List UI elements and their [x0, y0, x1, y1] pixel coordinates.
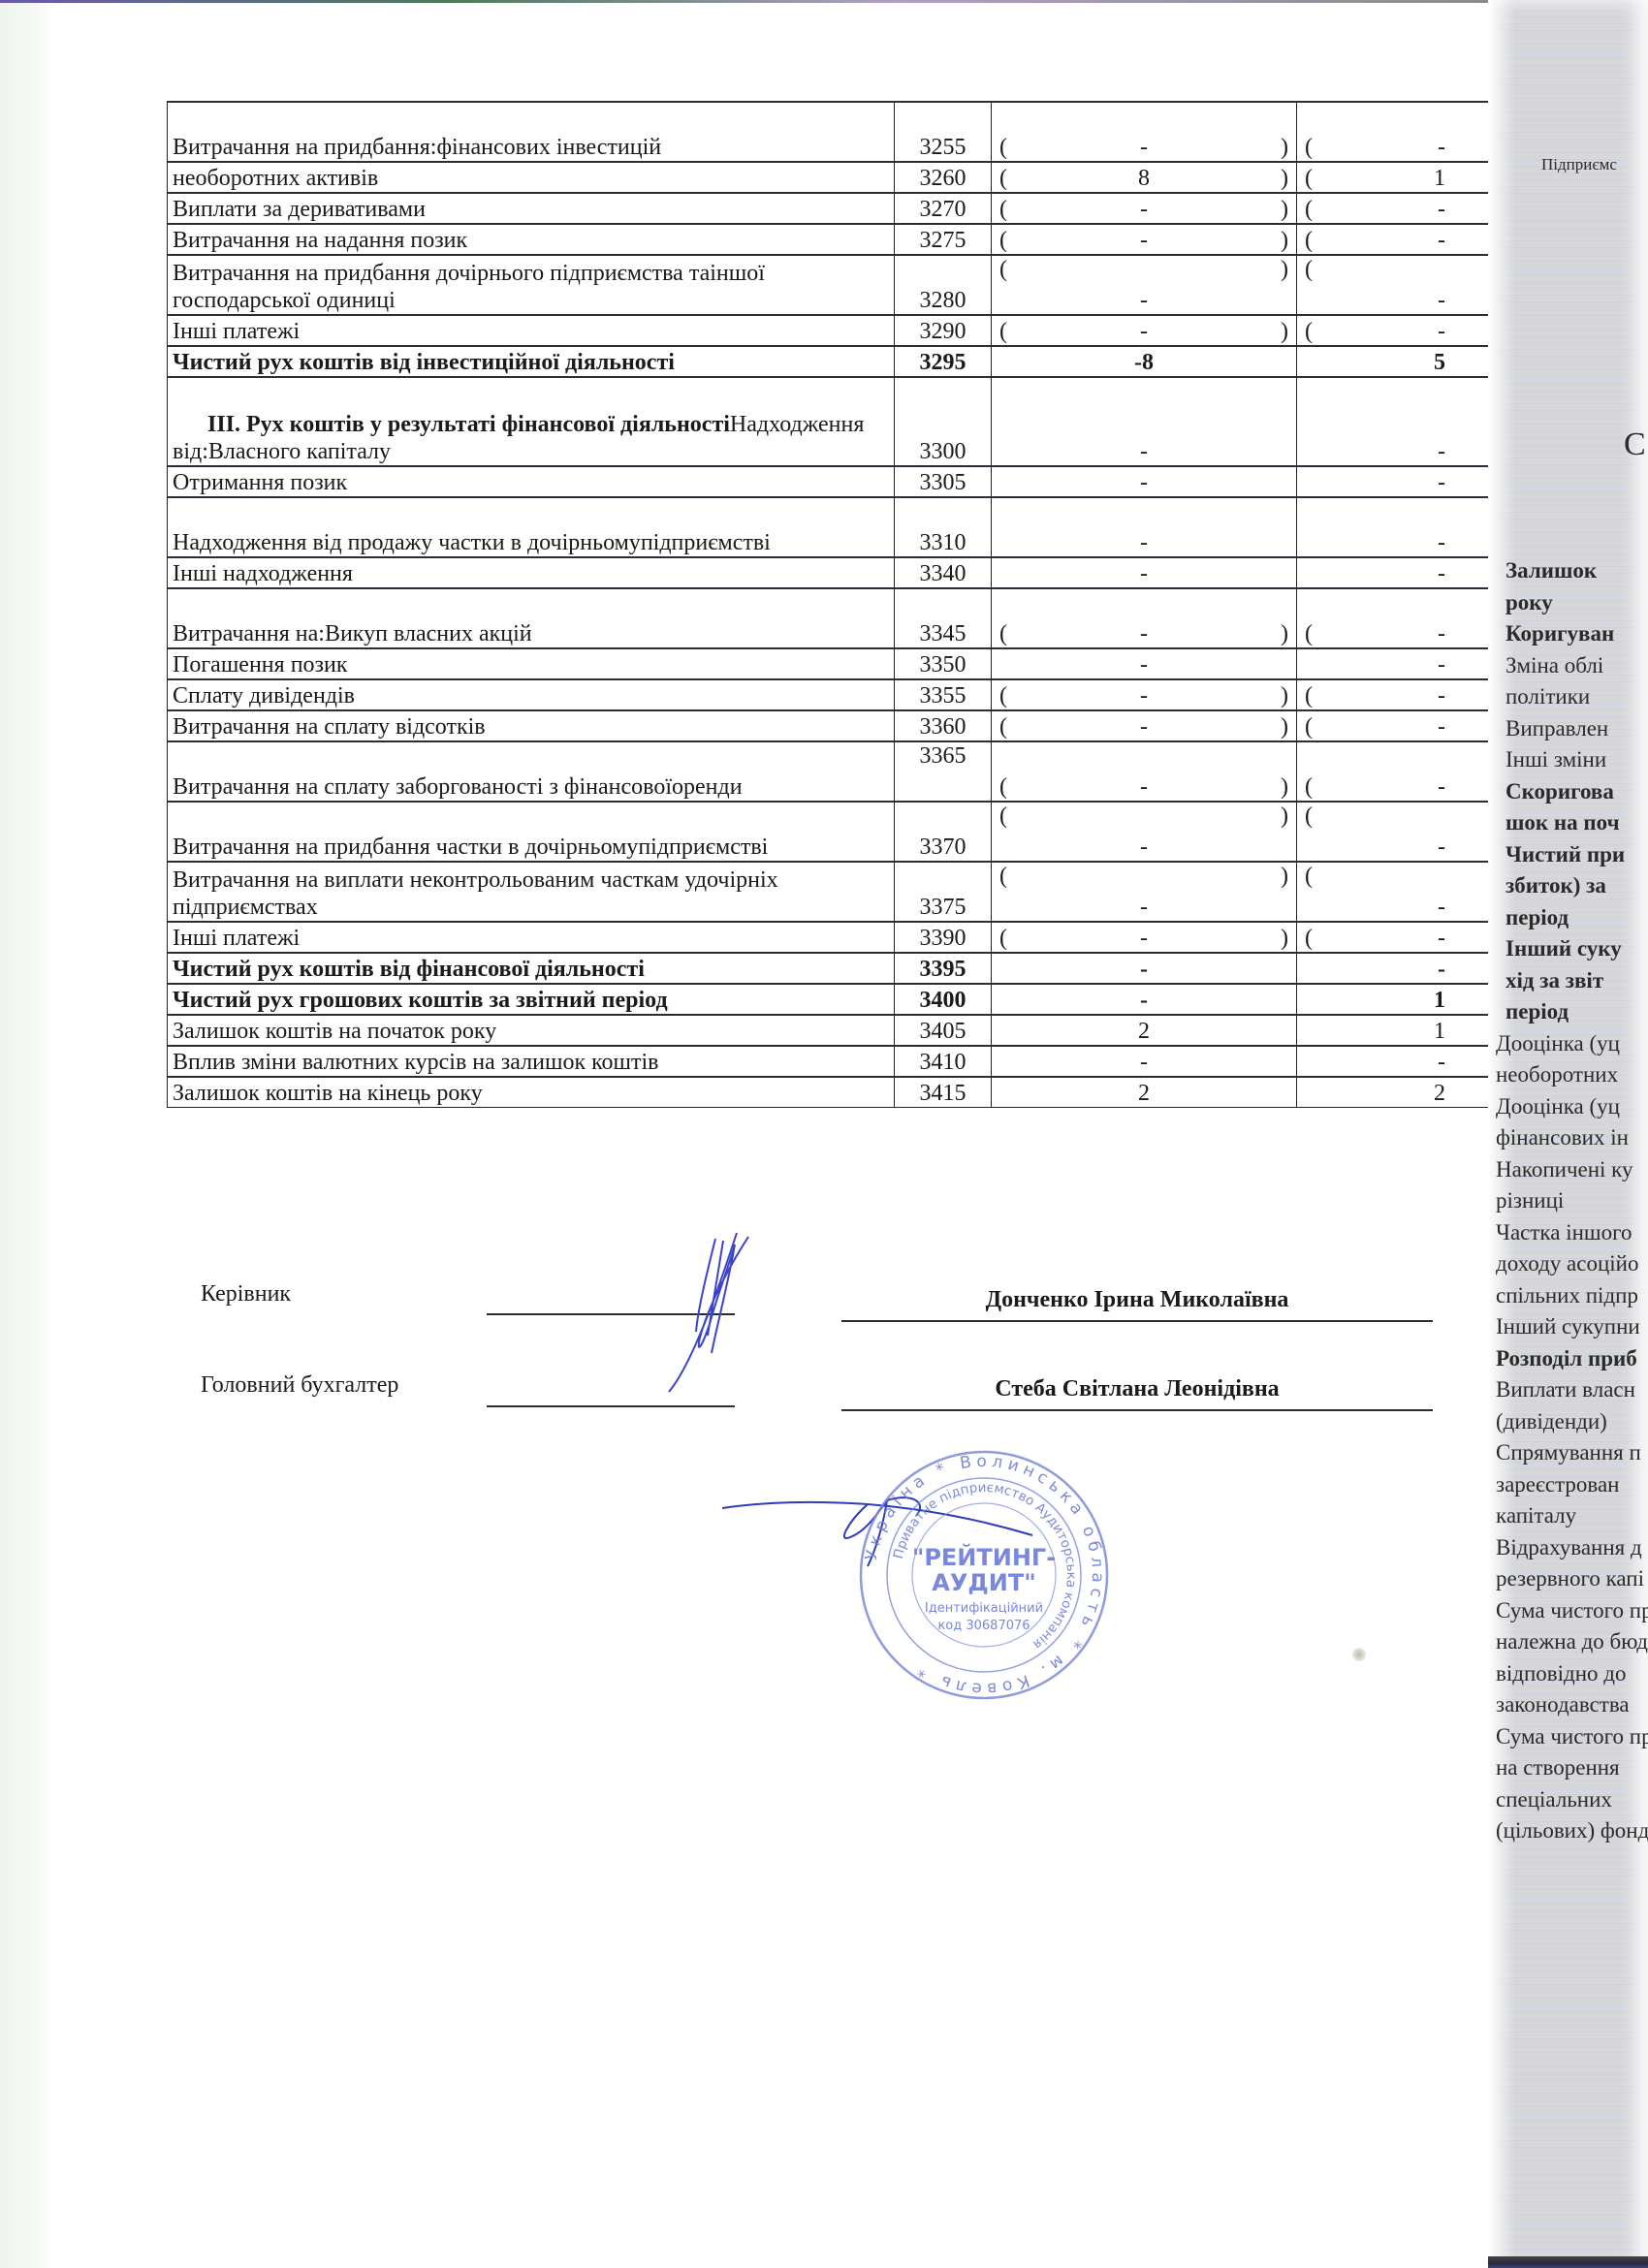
row-code: 3255 [895, 102, 992, 162]
adjacent-page-line: відповідно до [1496, 1661, 1626, 1686]
paren-close: ) [1278, 773, 1291, 801]
paren-open: ( [1302, 165, 1315, 192]
table-row: Чистий рух грошових коштів за звітний пе… [168, 984, 1544, 1015]
adjacent-page-line: Сума чистого пр [1496, 1724, 1648, 1749]
current-period-value: (-) [992, 255, 1297, 315]
table-row: Витрачання на:Викуп власних акцій3345(-)… [168, 588, 1544, 648]
adjacent-page-line: законодавства [1496, 1692, 1630, 1717]
adjacent-page-line: Дооцінка (уц [1496, 1031, 1620, 1056]
director-name: Донченко Ірина Миколаївна [841, 1287, 1433, 1313]
adjacent-page-line: політики [1505, 684, 1590, 709]
paren-open: ( [1302, 256, 1315, 283]
adjacent-page-line: (цільових) фонді [1496, 1818, 1648, 1843]
company-stamp-icon: Україна * Волинська область * м. Ковель … [858, 1449, 1110, 1701]
row-name-line: оренди [672, 774, 743, 800]
row-name: Вплив зміни валютних курсів на залишок к… [168, 1046, 895, 1077]
value-text: - [1010, 834, 1278, 861]
row-name-line: Інші платежі [173, 319, 300, 344]
current-period-value: (-) [992, 922, 1297, 953]
paren-open: ( [997, 196, 1010, 223]
current-period-value: (-) [992, 102, 1297, 162]
current-period-value: 2 [992, 1015, 1297, 1046]
current-period-value: - [992, 557, 1297, 588]
adjacent-page-line: різниці [1496, 1188, 1564, 1213]
row-name-line: Інші платежі [173, 926, 300, 951]
current-period-value: (8) [992, 162, 1297, 193]
row-name-line: Витрачання на сплату заборгованості з фі… [173, 774, 672, 800]
row-name: Витрачання на:Викуп власних акцій [168, 588, 895, 648]
director-label: Керівник [201, 1281, 291, 1307]
row-name-line: Погашення позик [173, 652, 348, 677]
adjacent-page-line: Інші зміни [1505, 747, 1606, 772]
row-name: необоротних активів [168, 162, 895, 193]
row-code: 3275 [895, 224, 992, 255]
accountant-name: Стеба Світлана Леонідівна [841, 1376, 1433, 1402]
scan-speck [1352, 1648, 1366, 1661]
row-name-line: III. Рух коштів у результаті фінансової … [173, 412, 730, 437]
row-name: Залишок коштів на кінець року [168, 1077, 895, 1108]
accountant-name-line [841, 1409, 1433, 1411]
row-name: Інші платежі [168, 922, 895, 953]
row-name-line: Отримання позик [173, 470, 347, 495]
row-name: Залишок коштів на початок року [168, 1015, 895, 1046]
table-row: III. Рух коштів у результаті фінансової … [168, 377, 1544, 466]
paren-open: ( [1302, 803, 1315, 830]
paren-open: ( [997, 318, 1010, 345]
row-name-line: Власного капіталу [208, 439, 391, 464]
row-name: Витрачання на сплату заборгованості з фі… [168, 741, 895, 802]
row-name: III. Рух коштів у результаті фінансової … [168, 377, 895, 466]
row-name-line: Витрачання на виплати неконтрольованим ч… [173, 867, 695, 893]
adjacent-page-line: період [1505, 999, 1569, 1024]
adjacent-page-line: капіталу [1496, 1503, 1576, 1528]
paren-open: ( [1302, 925, 1315, 952]
current-period-value: (-) [992, 588, 1297, 648]
row-code: 3305 [895, 466, 992, 497]
adjacent-page-line: хід за звіт [1505, 968, 1603, 993]
adjacent-page-line: року [1505, 590, 1553, 615]
table-row: Витрачання на виплати неконтрольованим ч… [168, 862, 1544, 922]
value-text: - [1010, 987, 1278, 1014]
adjacent-page-line: доходу асоційо [1496, 1251, 1638, 1276]
value-text: - [1010, 227, 1278, 254]
paren-close: ) [1278, 256, 1291, 283]
adjacent-page-line: Накопичені ку [1496, 1157, 1633, 1182]
row-name: Інші надходження [168, 557, 895, 588]
value-text: -8 [1010, 349, 1278, 376]
row-code: 3415 [895, 1077, 992, 1108]
paren-open: ( [997, 773, 1010, 801]
cash-flow-table-body: Витрачання на придбання:фінансових інвес… [168, 102, 1544, 1108]
value-text: - [1010, 469, 1278, 496]
adjacent-page-line: спільних підпр [1496, 1283, 1638, 1308]
row-code: 3290 [895, 315, 992, 346]
row-name-line: Витрачання на придбання: [173, 135, 436, 160]
row-name: Витрачання на сплату відсотків [168, 710, 895, 741]
row-name-line: Чистий рух грошових коштів за звітний пе… [173, 988, 668, 1013]
row-code: 3280 [895, 255, 992, 315]
table-row: необоротних активів3260(8)(1 [168, 162, 1544, 193]
scan-edge-tint [0, 0, 58, 2268]
paren-close: ) [1278, 134, 1291, 161]
row-code: 3310 [895, 497, 992, 557]
row-code: 3375 [895, 862, 992, 922]
value-text: - [1010, 651, 1278, 678]
table-row: Інші надходження3340-- [168, 557, 1544, 588]
row-name: Витрачання на придбання дочірнього підпр… [168, 255, 895, 315]
table-row: Надходження від продажу частки в дочірнь… [168, 497, 1544, 557]
adjacent-page-line: Спрямування п [1496, 1440, 1641, 1465]
adjacent-page-header: Підприємс [1541, 155, 1617, 174]
table-row: Витрачання на сплату відсотків3360(-)(- [168, 710, 1544, 741]
adjacent-page-line: збиток) за [1505, 873, 1606, 898]
paren-open: ( [1302, 682, 1315, 709]
current-period-value: - [992, 497, 1297, 557]
value-text: - [1010, 287, 1278, 314]
row-code: 3405 [895, 1015, 992, 1046]
paren-close: ) [1278, 713, 1291, 740]
adjacent-page-line: Інший суку [1505, 936, 1622, 961]
row-name: Інші платежі [168, 315, 895, 346]
row-code: 3300 [895, 377, 992, 466]
paren-open: ( [1302, 863, 1315, 890]
adjacent-page-line: на створення [1496, 1755, 1620, 1780]
table-row: Залишок коштів на початок року340521 [168, 1015, 1544, 1046]
paren-close: ) [1278, 165, 1291, 192]
row-name: Чистий рух грошових коштів за звітний пе… [168, 984, 895, 1015]
current-period-value: (-) [992, 862, 1297, 922]
adjacent-page-line: Дооцінка (уц [1496, 1094, 1620, 1119]
row-code: 3345 [895, 588, 992, 648]
current-period-value: - [992, 953, 1297, 984]
adjacent-page-line: резервного капі [1496, 1566, 1644, 1591]
table-row: Чистий рух коштів від інвестиційної діял… [168, 346, 1544, 377]
adjacent-page-line: Відрахування д [1496, 1535, 1642, 1560]
row-code: 3260 [895, 162, 992, 193]
row-name-line: Сплату дивідендів [173, 683, 355, 709]
adjacent-page-line: Зміна облі [1505, 653, 1603, 678]
adjacent-page-line: спеціальних [1496, 1787, 1612, 1812]
stamp-center-line1: "РЕЙТИНГ- [912, 1543, 1056, 1571]
paren-open: ( [997, 227, 1010, 254]
stamp-id-code: код 30687076 [937, 1619, 1030, 1633]
paren-open: ( [1302, 196, 1315, 223]
row-code: 3340 [895, 557, 992, 588]
adjacent-page-line: Залишок [1505, 558, 1597, 583]
row-name: Чистий рух коштів від фінансової діяльно… [168, 953, 895, 984]
row-name: Сплату дивідендів [168, 679, 895, 710]
adjacent-page-line: Виправлен [1505, 716, 1608, 741]
adjacent-page-line: фінансових ін [1496, 1125, 1629, 1150]
scan-top-edge [0, 0, 1493, 3]
adjacent-page: Підприємс С ЗалишокрокуКоригуванЗміна об… [1488, 0, 1648, 2268]
current-period-value: (-) [992, 741, 1297, 802]
value-text: - [1010, 925, 1278, 952]
row-name-line: підприємстві [641, 530, 771, 555]
value-text: - [1010, 894, 1278, 921]
paren-open: ( [997, 925, 1010, 952]
row-name: Погашення позик [168, 648, 895, 679]
value-text: 8 [1010, 165, 1278, 192]
accountant-label: Головний бухгалтер [201, 1372, 398, 1399]
row-name-line: Виплати за деривативами [173, 197, 426, 222]
row-code: 3370 [895, 802, 992, 862]
adjacent-page-line: Частка іншого [1496, 1220, 1632, 1245]
adjacent-page-line: Інший сукупни [1496, 1314, 1640, 1339]
paren-close: ) [1278, 196, 1291, 223]
row-code: 3390 [895, 922, 992, 953]
value-text: - [1010, 529, 1278, 556]
value-text: 2 [1010, 1018, 1278, 1045]
table-row: Витрачання на сплату заборгованості з фі… [168, 741, 1544, 802]
row-name-line: Залишок коштів на початок року [173, 1019, 496, 1044]
row-code: 3400 [895, 984, 992, 1015]
current-period-value: 2 [992, 1077, 1297, 1108]
row-name-line: підприємстві [638, 835, 768, 860]
adjacent-page-line: необоротних [1496, 1062, 1618, 1087]
adjacent-page-line: зареєстрован [1496, 1472, 1620, 1497]
row-code: 3395 [895, 953, 992, 984]
value-text: - [1010, 560, 1278, 587]
table-row: Витрачання на придбання:фінансових інвес… [168, 102, 1544, 162]
paren-close: ) [1278, 682, 1291, 709]
paren-open: ( [997, 256, 1010, 283]
stamp-id-label: Ідентифікаційний [925, 1601, 1043, 1616]
row-name: Витрачання на виплати неконтрольованим ч… [168, 862, 895, 922]
row-name: Витрачання на надання позик [168, 224, 895, 255]
paren-open: ( [1302, 773, 1315, 801]
paren-close: ) [1278, 318, 1291, 345]
adjacent-page-line: (дивіденди) [1496, 1409, 1607, 1434]
current-period-value: - [992, 466, 1297, 497]
paren-open: ( [1302, 713, 1315, 740]
value-text: - [1010, 773, 1278, 801]
row-name-line: Витрачання на надання позик [173, 228, 467, 253]
row-name: Виплати за деривативами [168, 193, 895, 224]
current-period-value: - [992, 984, 1297, 1015]
current-period-value: - [992, 1046, 1297, 1077]
value-text: - [1010, 196, 1278, 223]
table-row: Сплату дивідендів3355(-)(- [168, 679, 1544, 710]
value-text: - [1010, 438, 1278, 465]
row-code: 3365 [895, 741, 992, 802]
row-name: Надходження від продажу частки в дочірнь… [168, 497, 895, 557]
current-period-value: -8 [992, 346, 1297, 377]
row-name-line: Витрачання на придбання частки в дочірнь… [173, 835, 638, 860]
table-row: Витрачання на придбання дочірнього підпр… [168, 255, 1544, 315]
paren-close: ) [1278, 620, 1291, 647]
table-row: Витрачання на надання позик3275(-)(- [168, 224, 1544, 255]
current-period-value: (-) [992, 193, 1297, 224]
row-name: Витрачання на придбання частки в дочірнь… [168, 802, 895, 862]
row-code: 3360 [895, 710, 992, 741]
director-name-line [841, 1320, 1433, 1322]
value-text: 2 [1010, 1080, 1278, 1107]
paren-open: ( [997, 620, 1010, 647]
paren-close: ) [1278, 227, 1291, 254]
row-code: 3295 [895, 346, 992, 377]
stamp-center-line2: АУДИТ" [932, 1569, 1035, 1596]
adjacent-page-line: Чистий при [1505, 842, 1625, 867]
table-row: Отримання позик3305-- [168, 466, 1544, 497]
cash-flow-table: Витрачання на придбання:фінансових інвес… [167, 101, 1544, 1108]
current-period-value: (-) [992, 679, 1297, 710]
table-row: Інші платежі3290(-)(- [168, 315, 1544, 346]
paren-open: ( [1302, 620, 1315, 647]
adjacent-page-line: належна до бюд [1496, 1629, 1648, 1654]
adjacent-page-line: Виплати власн [1496, 1377, 1635, 1402]
current-period-value: - [992, 648, 1297, 679]
scan-bottom-edge [1488, 2256, 1648, 2268]
adjacent-page-line: період [1505, 905, 1569, 930]
value-text: - [1010, 620, 1278, 647]
row-name-line: необоротних активів [173, 166, 378, 191]
current-period-value: (-) [992, 315, 1297, 346]
adjacent-page-line: Розподіл приб [1496, 1346, 1637, 1371]
row-name-line: Витрачання на сплату відсотків [173, 714, 486, 740]
paren-open: ( [997, 863, 1010, 890]
value-text: - [1010, 682, 1278, 709]
row-name-line: Витрачання на: [173, 621, 325, 646]
adjacent-page-line: шок на поч [1505, 810, 1620, 835]
table-row: Погашення позик3350-- [168, 648, 1544, 679]
value-text: - [1010, 1049, 1278, 1076]
adjacent-page-title-fragment: С [1624, 426, 1646, 463]
row-code: 3350 [895, 648, 992, 679]
paren-open: ( [1302, 134, 1315, 161]
paren-open: ( [997, 134, 1010, 161]
value-text: - [1010, 956, 1278, 983]
value-text: - [1010, 713, 1278, 740]
director-handwritten-signature-icon [640, 1231, 795, 1396]
row-name-line: Чистий рух коштів від інвестиційної діял… [173, 350, 675, 375]
row-name-line: Викуп власних акцій [325, 621, 532, 646]
row-name-line: Витрачання на придбання дочірнього підпр… [173, 261, 710, 286]
accountant-signature-line [487, 1405, 735, 1407]
paren-close: ) [1278, 925, 1291, 952]
paren-open: ( [997, 682, 1010, 709]
paren-close: ) [1278, 863, 1291, 890]
adjacent-page-line: Скоригова [1505, 779, 1614, 804]
current-period-value: (-) [992, 710, 1297, 741]
table-row: Виплати за деривативами3270(-)(- [168, 193, 1544, 224]
table-row: Залишок коштів на кінець року341522 [168, 1077, 1544, 1108]
current-period-value: (-) [992, 802, 1297, 862]
row-code: 3270 [895, 193, 992, 224]
value-text: - [1010, 134, 1278, 161]
adjacent-page-line: Коригуван [1505, 621, 1614, 646]
paren-open: ( [1302, 227, 1315, 254]
row-name-line: Вплив зміни валютних курсів на залишок к… [173, 1050, 659, 1075]
row-name: Отримання позик [168, 466, 895, 497]
current-period-value: - [992, 377, 1297, 466]
row-name: Витрачання на придбання:фінансових інвес… [168, 102, 895, 162]
row-name-line: Залишок коштів на кінець року [173, 1081, 483, 1106]
adjacent-page-line: Сума чистого пр [1496, 1598, 1648, 1623]
table-row: Вплив зміни валютних курсів на залишок к… [168, 1046, 1544, 1077]
row-name-line: Надходження від продажу частки в дочірнь… [173, 530, 641, 555]
row-name-line: Чистий рух коштів від фінансової діяльно… [173, 957, 645, 982]
row-name-line: фінансових інвестицій [436, 135, 661, 160]
paren-close: ) [1278, 803, 1291, 830]
paren-open: ( [997, 165, 1010, 192]
paren-open: ( [997, 803, 1010, 830]
row-code: 3355 [895, 679, 992, 710]
paren-open: ( [1302, 318, 1315, 345]
table-row: Чистий рух коштів від фінансової діяльно… [168, 953, 1544, 984]
table-row: Інші платежі3390(-)(- [168, 922, 1544, 953]
row-name: Чистий рух коштів від інвестиційної діял… [168, 346, 895, 377]
paren-open: ( [997, 713, 1010, 740]
table-row: Витрачання на придбання частки в дочірнь… [168, 802, 1544, 862]
row-name-line: Інші надходження [173, 561, 353, 586]
value-text: - [1010, 318, 1278, 345]
row-code: 3410 [895, 1046, 992, 1077]
current-period-value: (-) [992, 224, 1297, 255]
